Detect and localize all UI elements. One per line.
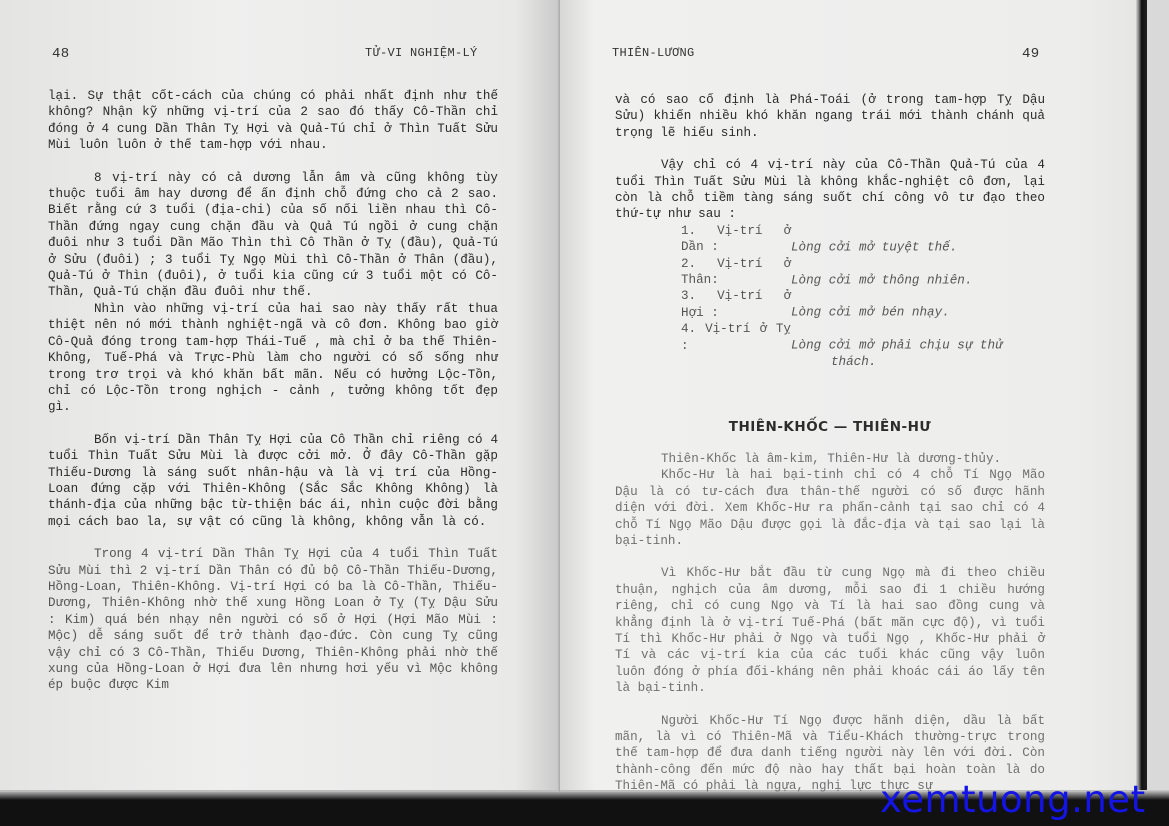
paragraph: 8 vị-trí này có cả dương lẫn âm và cũng … xyxy=(48,170,498,301)
paragraph: Trong 4 vị-trí Dần Thân Tỵ Hợi của 4 tuổ… xyxy=(48,546,498,694)
watermark: xemtuong.net xyxy=(880,780,1146,820)
left-page-body: lại. Sự thật cốt-cách của chúng có phải … xyxy=(48,88,498,694)
paragraph: và có sao cố định là Phá-Toái (ở trong t… xyxy=(615,92,1045,141)
paragraph: lại. Sự thật cốt-cách của chúng có phải … xyxy=(48,88,498,154)
page-edge-shadow xyxy=(1135,0,1147,790)
paragraph: Nhìn vào những vị-trí của hai sao này th… xyxy=(48,301,498,416)
paragraph: Vậy chỉ có 4 vị-trí này của Cô-Thần Quả-… xyxy=(615,157,1045,223)
list-item: 3. Vị-trí ở Hợi :Lòng cởi mở bén nhạy. xyxy=(615,288,1045,321)
paragraph: Khốc-Hư là hai bại-tinh chỉ có 4 chỗ Tí … xyxy=(615,467,1045,549)
list-item: 2. Vị-trí ở Thân:Lòng cởi mở thông nhiên… xyxy=(615,256,1045,289)
paragraph: Vì Khốc-Hư bắt đầu từ cung Ngọ mà đi the… xyxy=(615,565,1045,696)
list-item: 1. Vị-trí ở Dần :Lòng cởi mở tuyệt thế. xyxy=(615,223,1045,256)
right-running-head: THIÊN-LƯƠNG xyxy=(612,46,695,60)
right-page-number: 49 xyxy=(1022,46,1039,62)
paragraph: Thiên-Khốc là âm-kim, Thiên-Hư là dương-… xyxy=(615,451,1045,467)
left-running-head: TỬ-VI NGHIỆM-LÝ xyxy=(365,46,478,60)
right-page-body: và có sao cố định là Phá-Toái (ở trong t… xyxy=(615,92,1045,795)
position-list: 1. Vị-trí ở Dần :Lòng cởi mở tuyệt thế. … xyxy=(615,223,1045,371)
right-page: THIÊN-LƯƠNG 49 và có sao cố định là Phá-… xyxy=(560,0,1135,792)
left-page: 48 TỬ-VI NGHIỆM-LÝ lại. Sự thật cốt-cách… xyxy=(0,0,560,792)
scanner-edge xyxy=(1147,0,1169,790)
paragraph: Bốn vị-trí Dần Thân Tỵ Hợi của Cô Thần c… xyxy=(48,432,498,530)
list-item: 4. Vị-trí ở Tỵ :Lòng cởi mở phải chịu sự… xyxy=(615,321,1045,370)
section-title: THIÊN-KHỐC — THIÊN-HƯ xyxy=(615,419,1045,435)
left-page-number: 48 xyxy=(52,46,69,62)
